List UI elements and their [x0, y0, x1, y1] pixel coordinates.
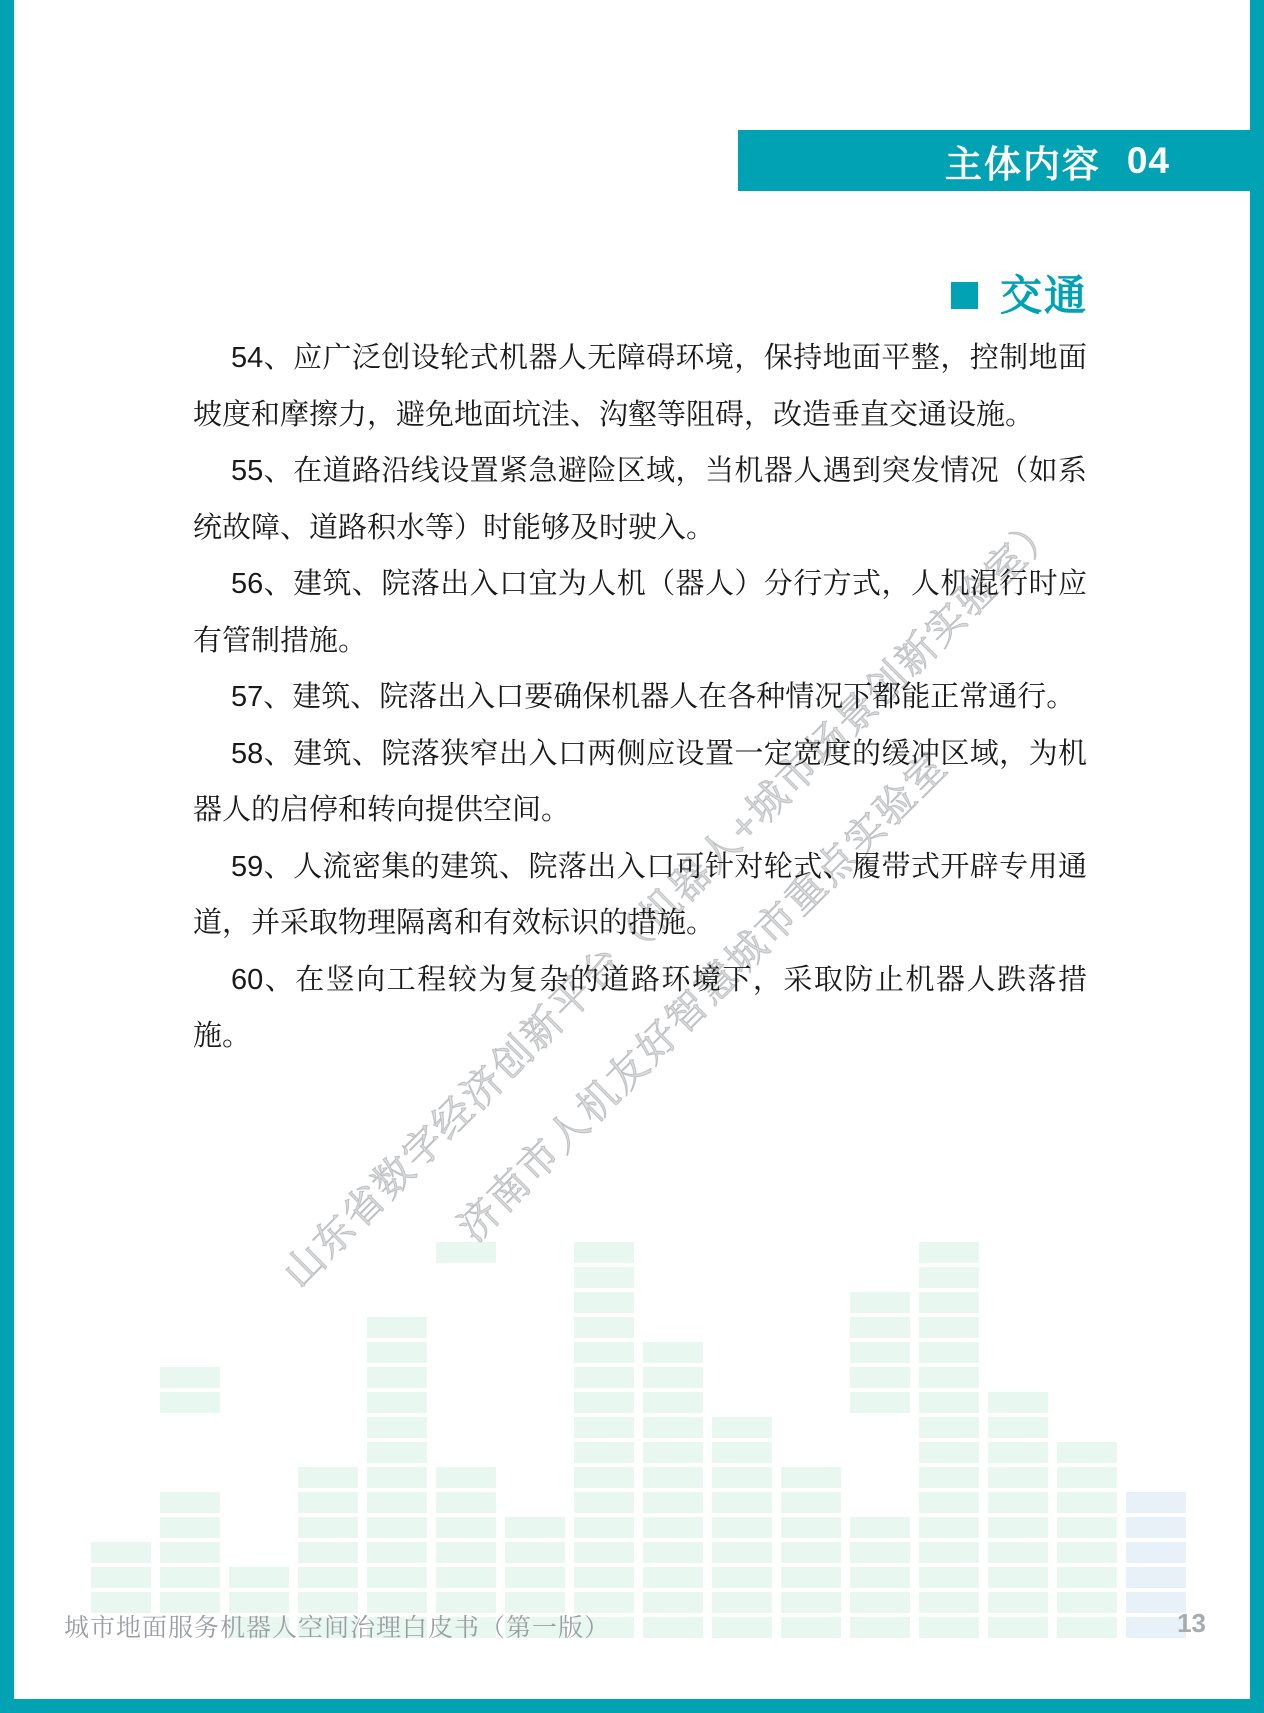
decor-tile	[781, 1517, 841, 1538]
paragraph-55: 55、在道路沿线设置紧急避险区域，当机器人遇到突发情况（如系统故障、道路积水等）…	[193, 443, 1087, 556]
decor-tile	[367, 1517, 427, 1538]
decor-tile	[712, 1592, 772, 1613]
decor-tile	[574, 1417, 634, 1438]
decor-tile	[436, 1542, 496, 1563]
decor-tile	[643, 1567, 703, 1588]
decor-tile	[919, 1317, 979, 1338]
decor-tile	[643, 1492, 703, 1513]
decor-tile	[298, 1567, 358, 1588]
decor-tile	[850, 1317, 910, 1338]
decor-tile	[367, 1442, 427, 1463]
decor-tile	[988, 1392, 1048, 1413]
paragraph-57: 57、建筑、院落出入口要确保机器人在各种情况下都能正常通行。	[193, 669, 1087, 726]
decor-tile	[1126, 1517, 1186, 1538]
decor-tile	[1126, 1492, 1186, 1513]
decor-tile	[1057, 1492, 1117, 1513]
decor-tile	[643, 1517, 703, 1538]
decor-tile	[850, 1292, 910, 1313]
decor-tile	[919, 1442, 979, 1463]
decor-tile	[850, 1542, 910, 1563]
decor-tile	[643, 1542, 703, 1563]
decor-tile	[850, 1592, 910, 1613]
decor-tile	[643, 1417, 703, 1438]
decor-tile	[367, 1467, 427, 1488]
decor-tile	[781, 1567, 841, 1588]
decor-tile	[1057, 1617, 1117, 1638]
decor-tile	[1057, 1542, 1117, 1563]
paragraph-58: 58、建筑、院落狭窄出入口两侧应设置一定宽度的缓冲区域，为机器人的启停和转向提供…	[193, 726, 1087, 839]
decor-tile	[781, 1542, 841, 1563]
decor-tile	[712, 1517, 772, 1538]
decor-tile	[298, 1517, 358, 1538]
decor-tile	[1057, 1592, 1117, 1613]
decor-tile	[919, 1417, 979, 1438]
decor-tile	[988, 1517, 1048, 1538]
decor-tile	[574, 1242, 634, 1263]
decor-tile	[574, 1342, 634, 1363]
decor-tile	[367, 1392, 427, 1413]
section-heading: 交通	[951, 263, 1088, 323]
decor-tile	[988, 1567, 1048, 1588]
decor-tile	[367, 1567, 427, 1588]
header-badge-label: 主体内容	[945, 134, 1101, 188]
decor-tile	[367, 1417, 427, 1438]
decor-tile	[1126, 1542, 1186, 1563]
decor-tile	[919, 1392, 979, 1413]
decor-tile	[988, 1492, 1048, 1513]
decor-tile	[160, 1517, 220, 1538]
decor-tile	[712, 1492, 772, 1513]
decor-tile	[574, 1467, 634, 1488]
decor-tile	[643, 1342, 703, 1363]
decor-tile	[367, 1342, 427, 1363]
section-marker-square	[951, 282, 978, 309]
decor-tile	[367, 1317, 427, 1338]
decor-tile	[505, 1567, 565, 1588]
decor-tile	[1057, 1467, 1117, 1488]
decor-tile	[712, 1467, 772, 1488]
decor-tile	[574, 1367, 634, 1388]
decor-tile	[712, 1542, 772, 1563]
decor-tile	[919, 1492, 979, 1513]
decor-tile	[919, 1242, 979, 1263]
decor-tile	[367, 1492, 427, 1513]
paragraph-60: 60、在竖向工程较为复杂的道路环境下，采取防止机器人跌落措施。	[193, 952, 1087, 1065]
footer-title: 城市地面服务机器人空间治理白皮书（第一版）	[64, 1608, 610, 1644]
decor-tile	[919, 1517, 979, 1538]
decor-tile	[712, 1442, 772, 1463]
decor-tile	[988, 1442, 1048, 1463]
decor-tile	[160, 1492, 220, 1513]
decor-tile	[781, 1617, 841, 1638]
decor-tile	[643, 1592, 703, 1613]
decor-tile	[574, 1567, 634, 1588]
decor-tile	[574, 1392, 634, 1413]
decor-tile	[298, 1467, 358, 1488]
decor-tile	[160, 1567, 220, 1588]
decor-tile	[850, 1342, 910, 1363]
decor-tile	[919, 1592, 979, 1613]
decor-tile	[229, 1567, 289, 1588]
decor-tile	[1057, 1442, 1117, 1463]
decor-tile	[850, 1392, 910, 1413]
decor-tile	[574, 1517, 634, 1538]
decor-tile	[1057, 1517, 1117, 1538]
decor-tile	[436, 1517, 496, 1538]
document-page: 山东省数字经济创新平台（机器人+城市场景创新实验室） 济南市人机友好智慧城市重点…	[0, 0, 1264, 1713]
decor-tile	[919, 1467, 979, 1488]
decor-tile	[850, 1567, 910, 1588]
decor-tile	[91, 1567, 151, 1588]
page-number: 13	[1177, 1608, 1206, 1639]
decor-tile	[160, 1367, 220, 1388]
decor-tile	[574, 1317, 634, 1338]
header-badge-number: 04	[1127, 140, 1170, 182]
decor-tile	[574, 1267, 634, 1288]
paragraph-56: 56、建筑、院落出入口宜为人机（器人）分行方式，人机混行时应有管制措施。	[193, 556, 1087, 669]
decor-tile	[712, 1567, 772, 1588]
decor-tile	[436, 1567, 496, 1588]
decor-tile	[988, 1617, 1048, 1638]
decor-tile	[850, 1517, 910, 1538]
decor-tile	[919, 1292, 979, 1313]
decor-tile	[436, 1467, 496, 1488]
decor-tile	[919, 1267, 979, 1288]
decor-tile	[781, 1467, 841, 1488]
decor-tile	[712, 1617, 772, 1638]
decor-tile	[850, 1617, 910, 1638]
decor-tile	[574, 1292, 634, 1313]
decor-tile	[574, 1492, 634, 1513]
decor-tile	[643, 1442, 703, 1463]
body-text: 54、应广泛创设轮式机器人无障碍环境，保持地面平整，控制地面坡度和摩擦力，避免地…	[193, 330, 1087, 1065]
decor-tile	[781, 1592, 841, 1613]
decor-tile	[919, 1617, 979, 1638]
decor-tile	[988, 1417, 1048, 1438]
decor-tile	[436, 1492, 496, 1513]
decor-tile	[919, 1342, 979, 1363]
decor-tile	[919, 1542, 979, 1563]
decor-tile	[988, 1467, 1048, 1488]
decor-tile	[712, 1417, 772, 1438]
paragraph-59: 59、人流密集的建筑、院落出入口可针对轮式、履带式开辟专用通道，并采取物理隔离和…	[193, 839, 1087, 952]
decor-tile	[643, 1367, 703, 1388]
paragraph-54: 54、应广泛创设轮式机器人无障碍环境，保持地面平整，控制地面坡度和摩擦力，避免地…	[193, 330, 1087, 443]
decor-tile	[574, 1442, 634, 1463]
decor-tile	[988, 1592, 1048, 1613]
decor-tile	[574, 1542, 634, 1563]
decor-tile	[919, 1567, 979, 1588]
decor-tile	[91, 1542, 151, 1563]
decor-tile	[850, 1367, 910, 1388]
decor-tile	[643, 1617, 703, 1638]
decor-tile	[919, 1367, 979, 1388]
decor-tile	[298, 1542, 358, 1563]
decor-tile	[1126, 1567, 1186, 1588]
decor-tile	[1057, 1567, 1117, 1588]
decor-tile	[643, 1392, 703, 1413]
header-badge: 主体内容 04	[738, 130, 1264, 191]
decor-tile	[988, 1542, 1048, 1563]
decor-tile	[505, 1517, 565, 1538]
decor-tile	[160, 1392, 220, 1413]
decor-tile	[781, 1492, 841, 1513]
decor-tile	[505, 1542, 565, 1563]
decor-tile	[367, 1542, 427, 1563]
decor-tile	[160, 1542, 220, 1563]
decor-tile	[298, 1492, 358, 1513]
decor-tile	[367, 1367, 427, 1388]
section-title: 交通	[1000, 263, 1088, 323]
decor-tile	[643, 1467, 703, 1488]
